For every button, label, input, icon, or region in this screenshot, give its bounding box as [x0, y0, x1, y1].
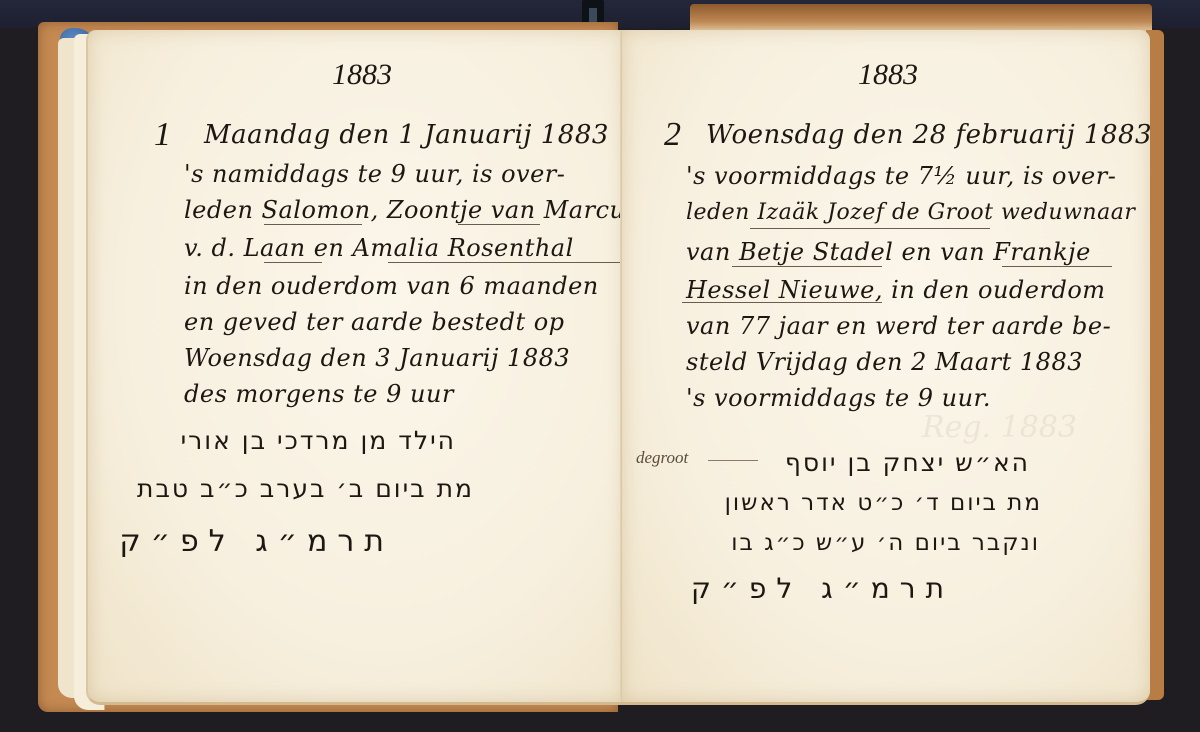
- right-entry-number: 2: [664, 116, 681, 154]
- right-line-5: Hessel Nieuwe, in den ouderdom: [686, 278, 1106, 302]
- left-hebrew-line-3: תרמ״ג לפ״ק: [119, 524, 394, 559]
- right-hebrew-line-3: ונקבר ביום ה׳ ע״ש כ״ג בו: [731, 530, 1040, 556]
- margin-note-dash: [708, 460, 758, 461]
- left-hebrew-line-1: הילד מן מרדכי בן אורי: [181, 426, 456, 455]
- underline-izaak-jozef-de-groot: [750, 228, 990, 229]
- left-line-2: 's namiddags te 9 uur, is over-: [184, 162, 565, 186]
- left-line-8: des morgens te 9 uur: [184, 382, 454, 406]
- left-hebrew-line-2: מת ביום ב׳ בערב כ״ב טבת: [137, 474, 474, 503]
- underline-betje-stadel: [732, 266, 882, 267]
- left-line-1: Maandag den 1 Januarij 1883: [204, 122, 609, 148]
- left-line-5: in den ouderdom van 6 maanden: [184, 274, 599, 298]
- right-line-1: Woensdag den 28 februarij 1883: [706, 122, 1152, 148]
- right-page: Reg. 1883 1883 2 Woensdag den 28 februar…: [622, 30, 1150, 705]
- right-hebrew-line-4: תרמ״ג לפ״ק: [691, 572, 954, 605]
- right-hebrew-line-2: מת ביום ד׳ כ״ט אדר ראשון: [725, 490, 1042, 516]
- right-line-7: steld Vrijdag den 2 Maart 1883: [686, 350, 1083, 374]
- underline-frankje: [1002, 266, 1112, 267]
- ink-bleed-through: Reg. 1883: [922, 410, 1077, 445]
- left-line-3-text: leden Salomon, Zoontje van Marcus: [184, 196, 638, 224]
- left-entry-number: 1: [154, 116, 171, 154]
- right-line-6: van 77 jaar en werd ter aarde be-: [686, 314, 1111, 338]
- left-line-7: Woensdag den 3 Januarij 1883: [184, 346, 570, 370]
- left-year-heading: 1883: [332, 58, 392, 92]
- right-line-4: van Betje Stadel en van Frankje: [686, 240, 1091, 264]
- right-line-2: 's voormiddags te 7½ uur, is over-: [686, 164, 1116, 188]
- pencil-margin-note: degroot: [636, 448, 688, 468]
- right-line-8: 's voormiddags te 9 uur.: [686, 386, 991, 410]
- right-line-3: leden Izaäk Jozef de Groot weduwnaar: [686, 202, 1135, 224]
- right-hebrew-line-1: הא״ש יצחק בן יוסף: [785, 448, 1030, 477]
- left-line-4: v. d. Laan en Amalia Rosenthal: [184, 236, 574, 260]
- right-year-heading: 1883: [858, 58, 918, 92]
- underline-hessel-nieuwe: [682, 302, 882, 303]
- left-page: 1883 1 Maandag den 1 Januarij 1883 's na…: [86, 30, 624, 705]
- left-line-3: leden Salomon, Zoontje van Marcus: [184, 198, 638, 222]
- underline-marcus: [458, 224, 540, 225]
- left-line-6: en geved ter aarde bestedt op: [184, 310, 565, 334]
- underline-amalia-rosenthal: [388, 262, 620, 263]
- underline-laan: [264, 262, 322, 263]
- underline-salomon: [264, 224, 362, 225]
